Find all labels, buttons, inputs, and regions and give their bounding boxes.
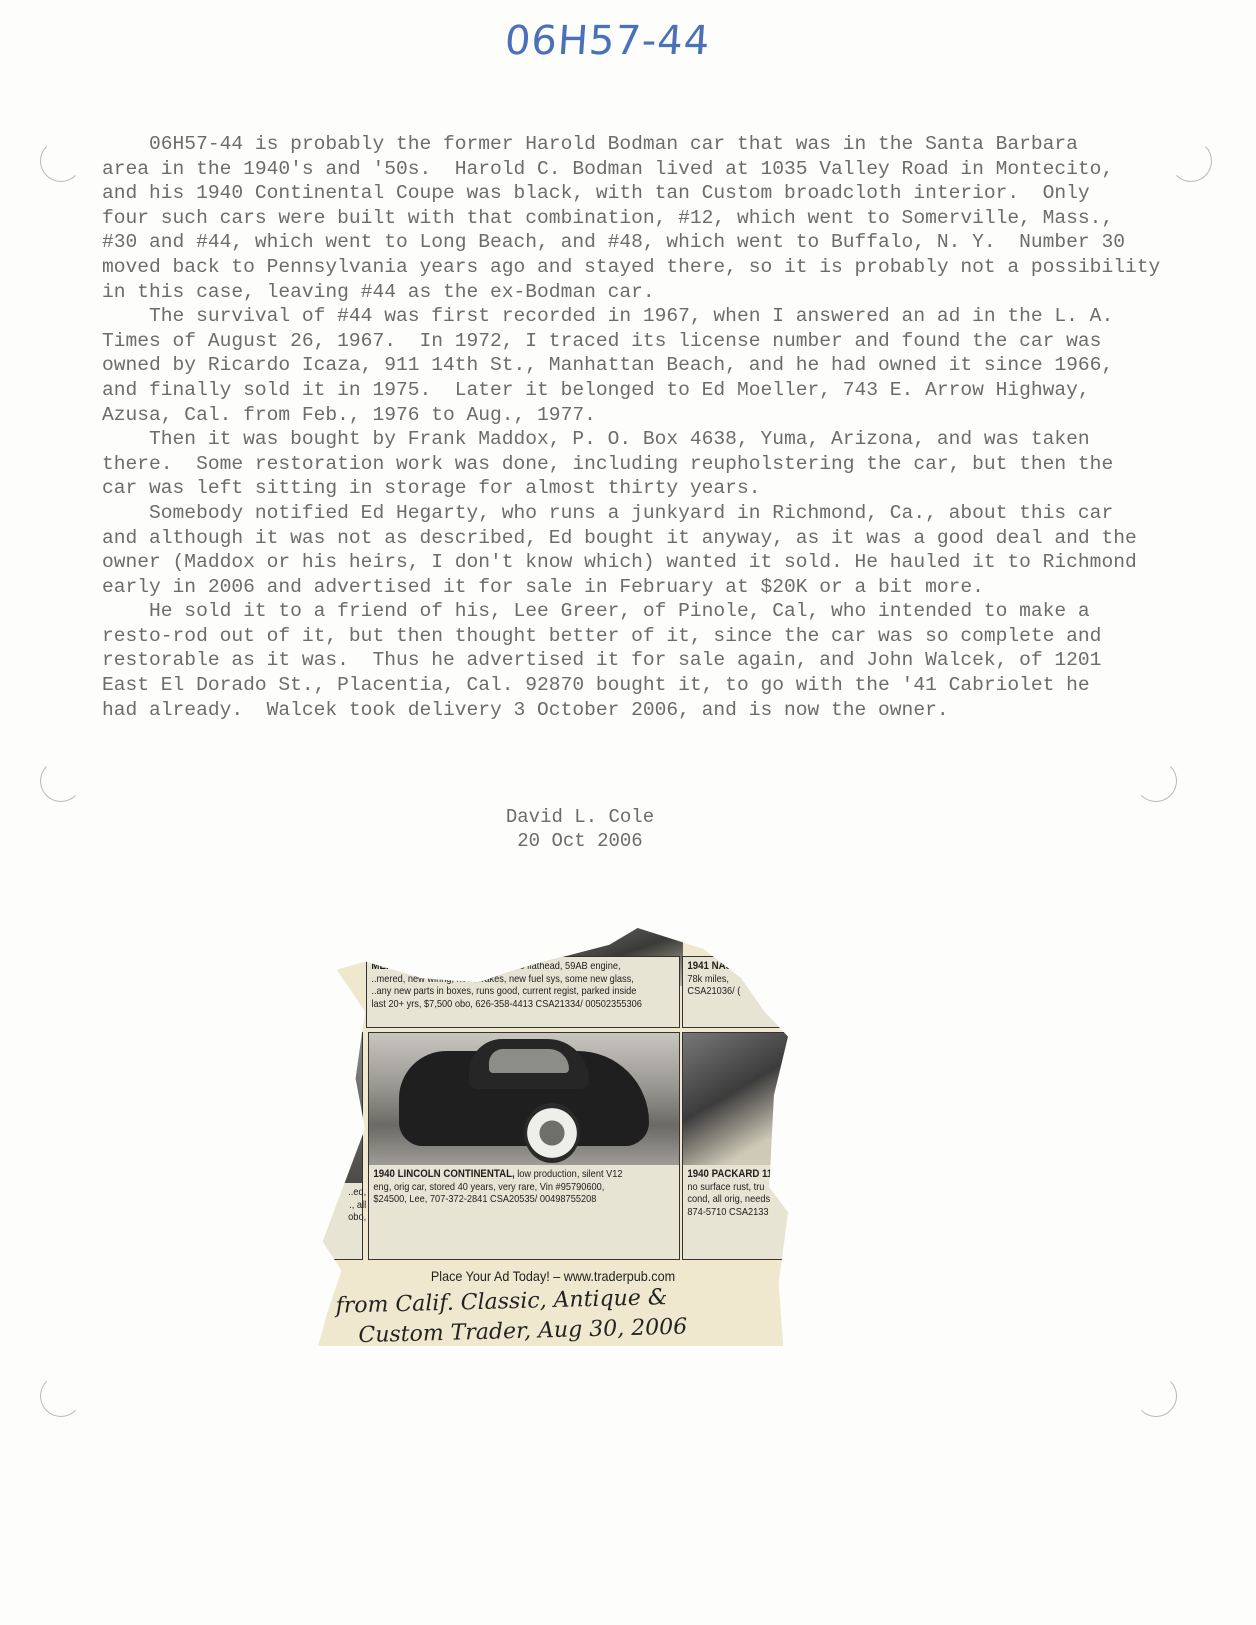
ad-packard: 1940 PACKARD 11 no surface rust, tru con… — [682, 1032, 794, 1260]
ad-nash: 1941 NASI 78k miles, CSA21036/ ( — [682, 956, 794, 1028]
handwritten-source-note: from Calif. Classic, Antique & Custom Tr… — [335, 1280, 776, 1351]
typed-line: He sold it to a friend of his, Lee Greer… — [102, 599, 1222, 624]
author-name: David L. Cole — [480, 805, 680, 829]
ad-lincoln-title: 1940 LINCOLN CONTINENTAL, — [373, 1168, 514, 1180]
punch-hole-icon — [1135, 760, 1177, 802]
ad-nash-line: 78k miles, — [687, 973, 729, 985]
ad-lincoln-line: low production, silent V12 — [517, 1168, 622, 1180]
signature-block: David L. Cole 20 Oct 2006 — [480, 805, 680, 853]
punch-hole-icon — [40, 140, 82, 182]
typed-line: restorable as it was. Thus he advertised… — [102, 648, 1222, 673]
ad-packard-line: no surface rust, tru — [687, 1181, 764, 1193]
typed-line: The survival of #44 was first recorded i… — [102, 304, 1222, 329]
ad-mercury-title: MERCURY 4D SEDAN, — [371, 960, 474, 972]
typed-line: four such cars were built with that comb… — [102, 206, 1222, 231]
typed-line: owner (Maddox or his heirs, I don't know… — [102, 550, 1222, 575]
typed-line: and his 1940 Continental Coupe was black… — [102, 181, 1222, 206]
ad-packard-line: 874-5710 CSA2133 — [687, 1206, 768, 1218]
typed-line: in this case, leaving #44 as the ex-Bodm… — [102, 280, 1222, 305]
typed-line: area in the 1940's and '50s. Harold C. B… — [102, 157, 1222, 182]
typed-line: #30 and #44, which went to Long Beach, a… — [102, 230, 1222, 255]
typed-line: 06H57-44 is probably the former Harold B… — [102, 132, 1222, 157]
typed-line: owned by Ricardo Icaza, 911 14th St., Ma… — [102, 353, 1222, 378]
punch-hole-icon — [40, 1375, 82, 1417]
ad-fragment-line: obo, — [348, 1211, 366, 1223]
typed-line: Somebody notified Ed Hegarty, who runs a… — [102, 501, 1222, 526]
ad-mercury-line: rare car, V8 flathead, 59AB engine, — [477, 960, 621, 972]
ad-fragment-line: ..ed, — [348, 1186, 366, 1198]
ad-mercury-line: ..mered, new wiring, new brakes, new fue… — [371, 973, 633, 985]
newspaper-clipping: MERCURY 4D SEDAN, rare car, V8 flathead,… — [318, 928, 788, 1346]
punch-hole-icon — [1135, 1375, 1177, 1417]
signature-date: 20 Oct 2006 — [480, 829, 680, 853]
ad-nash-title: 1941 NASI — [687, 960, 734, 972]
ad-mercury-line: ..any new parts in boxes, runs good, cur… — [371, 985, 636, 997]
punch-hole-icon — [1170, 140, 1212, 182]
ad-mercury: MERCURY 4D SEDAN, rare car, V8 flathead,… — [366, 956, 680, 1028]
ad-left-fragment: ..ed, ., all obo, — [318, 1032, 363, 1260]
typed-line: East El Dorado St., Placentia, Cal. 9287… — [102, 673, 1222, 698]
typed-line: Azusa, Cal. from Feb., 1976 to Aug., 197… — [102, 403, 1222, 428]
typed-line: early in 2006 and advertised it for sale… — [102, 575, 1222, 600]
ad-fragment-line: ., all — [349, 1199, 366, 1211]
punch-hole-icon — [40, 760, 82, 802]
packard-photo — [683, 1033, 793, 1165]
typed-line: there. Some restoration work was done, i… — [102, 452, 1222, 477]
ad-packard-title: 1940 PACKARD 11 — [687, 1168, 772, 1180]
whitewall-tire — [524, 1103, 580, 1163]
typed-line: moved back to Pennsylvania years ago and… — [102, 255, 1222, 280]
car-window — [489, 1049, 569, 1073]
typed-line: had already. Walcek took delivery 3 Octo… — [102, 698, 1222, 723]
ad-nash-line: CSA21036/ ( — [687, 985, 740, 997]
ad-mercury-line: last 20+ yrs, $7,500 obo, 626-358-4413 C… — [371, 998, 641, 1010]
ad-lincoln-line: $24500, Lee, 707-372-2841 CSA20535/ 0049… — [373, 1193, 596, 1205]
ad-lincoln-line: eng, orig car, stored 40 years, very rar… — [373, 1181, 604, 1193]
ad-packard-line: cond, all orig, needs — [687, 1193, 770, 1205]
lincoln-photo — [369, 1033, 679, 1165]
typed-line: resto-rod out of it, but then thought be… — [102, 624, 1222, 649]
ad-lincoln-continental: 1940 LINCOLN CONTINENTAL, low production… — [368, 1032, 680, 1260]
typed-line: car was left sitting in storage for almo… — [102, 476, 1222, 501]
file-number-handwritten: 06H57-44 — [503, 18, 711, 64]
typed-line: and finally sold it in 1975. Later it be… — [102, 378, 1222, 403]
typed-line: and although it was not as described, Ed… — [102, 526, 1222, 551]
typed-line: Times of August 26, 1967. In 1972, I tra… — [102, 329, 1222, 354]
typed-line: Then it was bought by Frank Maddox, P. O… — [102, 427, 1222, 452]
typed-letter-body: 06H57-44 is probably the former Harold B… — [102, 132, 1222, 722]
